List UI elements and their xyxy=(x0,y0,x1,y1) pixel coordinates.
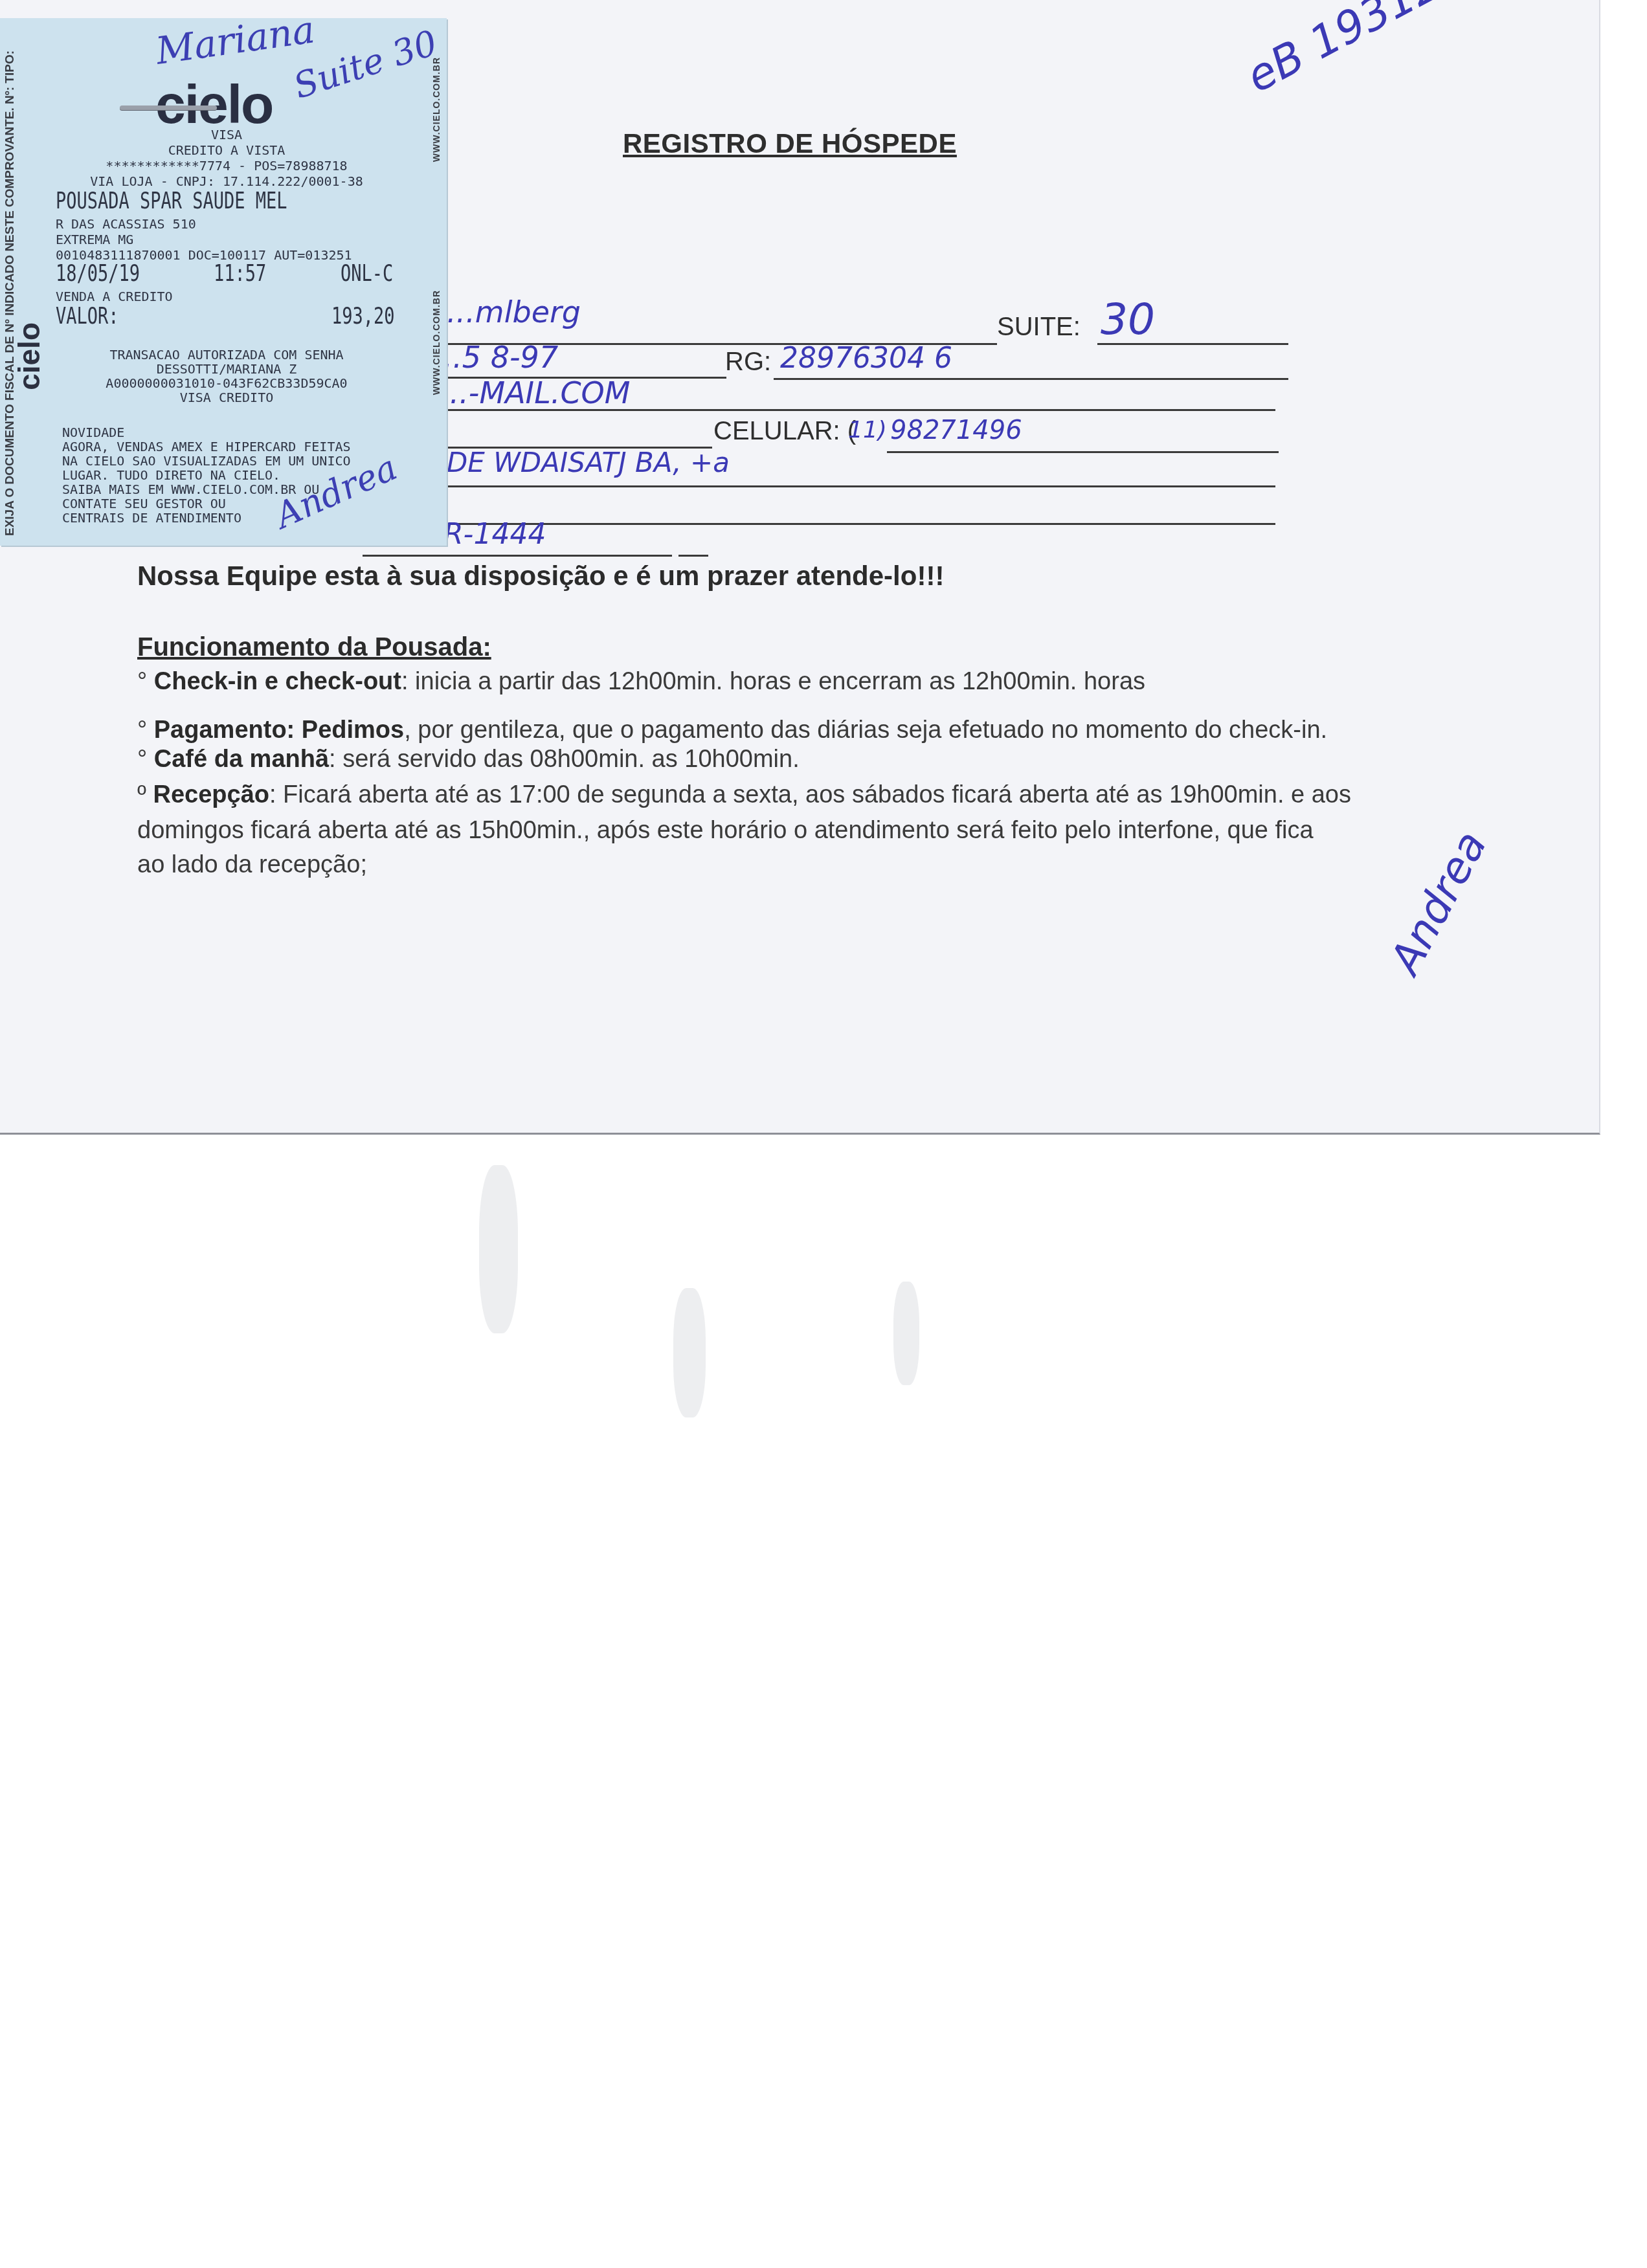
receipt-side-url: WWW.CIELO.COM.BR xyxy=(431,57,442,162)
placa-line xyxy=(363,555,672,557)
name-value: ...mlberg xyxy=(447,295,581,329)
rg-line xyxy=(774,378,1288,380)
receipt-news-line: AGORA, VENDAS AMEX E HIPERCARD FEITAS xyxy=(62,439,351,454)
receipt-news-line: CENTRAIS DE ATENDIMENTO xyxy=(62,510,241,526)
receipt-auth-line: A0000000031010-043F62CB33D59CA0 xyxy=(45,375,408,391)
receipt-address: R DAS ACASSIAS 510 xyxy=(56,216,196,232)
rule-payment: ° Pagamento: Pedimos, por gentileza, que… xyxy=(137,717,1327,744)
cpf-value: ...5 8-97 xyxy=(434,340,558,375)
smudge xyxy=(673,1288,706,1417)
receipt-city: EXTREMA MG xyxy=(56,232,133,247)
email-line xyxy=(427,409,1275,411)
address-line xyxy=(427,485,1275,487)
rule-checkin: ° Check-in e check-out: inicia a partir … xyxy=(137,668,1145,696)
celular-ddd: 11) xyxy=(848,417,887,443)
handwritten-reference: eB 1931200 xyxy=(1238,0,1499,103)
rule-breakfast: ° Café da manhã: será servido das 08h00m… xyxy=(137,746,800,773)
celular-value: 98271496 xyxy=(890,416,1022,445)
receipt-news-line: NA CIELO SAO VISUALIZADAS EM UM UNICO xyxy=(62,453,351,469)
celular-label: CELULAR: ( xyxy=(713,417,856,446)
receipt-card-brand: VISA xyxy=(45,127,408,142)
receipt-side-url-2: WWW.CIELO.COM.BR xyxy=(431,290,442,395)
receipt-sale-type: VENDA A CREDITO xyxy=(56,289,173,304)
suite-value: 30 xyxy=(1101,295,1155,344)
suite-line xyxy=(1097,343,1288,345)
signature-andrea: Andrea xyxy=(1380,823,1496,982)
rule-reception-cont-1: domingos ficará aberta até as 15h00min.,… xyxy=(137,817,1314,845)
receipt-date: 18/05/19 xyxy=(56,260,140,287)
card-receipt: EXIJA O DOCUMENTO FISCAL DE Nº INDICADO … xyxy=(0,18,447,546)
receipt-news-line: LUGAR. TUDO DIRETO NA CIELO. xyxy=(62,467,280,483)
receipt-news-line: NOVIDADE xyxy=(62,425,124,440)
form-title: REGISTRO DE HÓSPEDE xyxy=(623,128,957,159)
address-value: DE WDAISATJ BA, +a xyxy=(447,447,730,478)
receipt-auth-line: DESSOTTI/MARIANA Z xyxy=(45,361,408,377)
welcome-message: Nossa Equipe esta à sua disposição e é u… xyxy=(137,561,944,592)
receipt-time: 11:57 xyxy=(214,260,266,287)
rg-label: RG: xyxy=(725,348,771,377)
receipt-amount-label: VALOR: xyxy=(56,303,119,329)
receipt-auth-line: TRANSACAO AUTORIZADA COM SENHA xyxy=(45,347,408,362)
receipt-auth-line: VISA CREDITO xyxy=(45,390,408,405)
rg-value: 28976304 6 xyxy=(780,342,952,375)
receipt-side-text: EXIJA O DOCUMENTO FISCAL DE Nº INDICADO … xyxy=(3,31,41,536)
rule-reception: º Recepção: Ficará aberta até as 17:00 d… xyxy=(137,781,1351,809)
suite-label: SUITE: xyxy=(997,313,1081,342)
receipt-cnpj: VIA LOJA - CNPJ: 17.114.222/0001-38 xyxy=(45,173,408,189)
staple-icon xyxy=(120,106,217,110)
email-value: ...-MAIL.COM xyxy=(440,375,630,410)
receipt-merchant: POUSADA SPAR SAUDE MEL xyxy=(56,188,287,214)
cielo-side-logo: cielo xyxy=(12,322,47,390)
receipt-mode: ONL-C xyxy=(341,260,393,287)
placa-line-end xyxy=(678,555,708,557)
rule-reception-cont-2: ao lado da recepção; xyxy=(137,851,367,879)
smudge xyxy=(893,1282,919,1385)
blank-line xyxy=(427,523,1275,525)
receipt-news-line: CONTATE SEU GESTOR OU xyxy=(62,496,226,511)
receipt-type: CREDITO A VISTA xyxy=(45,142,408,158)
celular-line xyxy=(887,451,1279,453)
receipt-card-pos: ************7774 - POS=78988718 xyxy=(45,158,408,173)
smudge xyxy=(479,1165,518,1333)
receipt-amount: 193,20 xyxy=(331,303,395,329)
rules-title: Funcionamento da Pousada: xyxy=(137,633,491,662)
